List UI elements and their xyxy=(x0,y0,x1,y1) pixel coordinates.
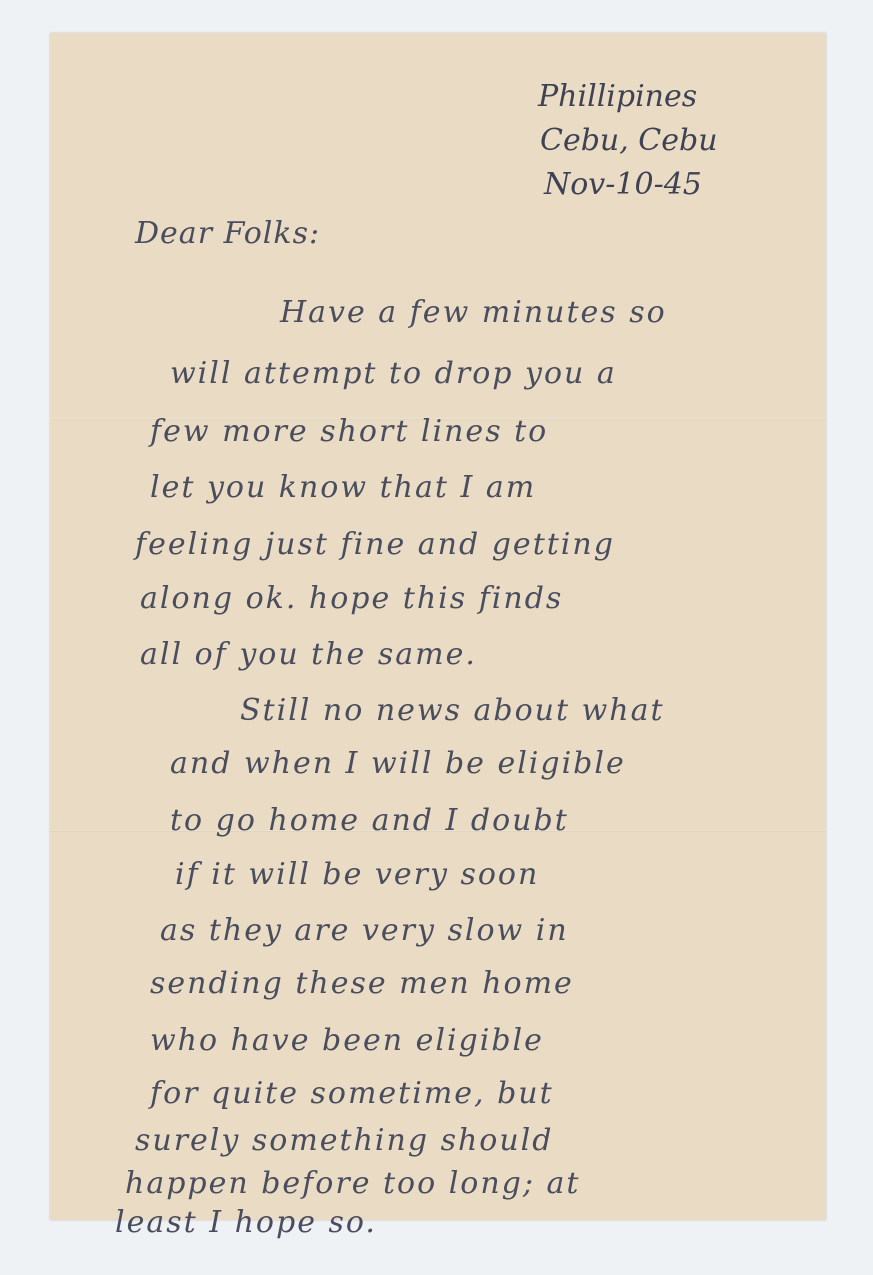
body-line: Still no news about what xyxy=(240,693,665,728)
body-line: to go home and I doubt xyxy=(170,803,569,838)
body-line: for quite sometime, but xyxy=(150,1076,554,1111)
heading-date: Nov-10-45 xyxy=(544,163,718,207)
body-line: will attempt to drop you a xyxy=(170,356,617,391)
body-line: feeling just fine and getting xyxy=(135,527,615,562)
body-line: Have a few minutes so xyxy=(280,295,667,330)
letter-page: Phillipines Cebu, Cebu Nov-10-45 Dear Fo… xyxy=(50,33,826,1220)
letter-heading: Phillipines Cebu, Cebu Nov-10-45 xyxy=(538,75,718,207)
body-line: surely something should xyxy=(135,1123,553,1158)
body-line: and when I will be eligible xyxy=(170,746,626,781)
heading-place: Phillipines xyxy=(538,75,718,119)
body-line: let you know that I am xyxy=(150,470,536,505)
body-line: all of you the same. xyxy=(140,637,477,672)
body-line: least I hope so. xyxy=(115,1205,377,1240)
body-line: sending these men home xyxy=(150,966,574,1001)
body-line: who have been eligible xyxy=(150,1023,544,1058)
body-line: if it will be very soon xyxy=(175,857,539,892)
salutation: Dear Folks: xyxy=(135,216,320,251)
body-line: few more short lines to xyxy=(150,414,548,449)
body-line: along ok. hope this finds xyxy=(140,581,563,616)
heading-city: Cebu, Cebu xyxy=(540,119,718,163)
body-line: as they are very slow in xyxy=(160,913,569,948)
body-line: happen before too long; at xyxy=(125,1166,580,1201)
